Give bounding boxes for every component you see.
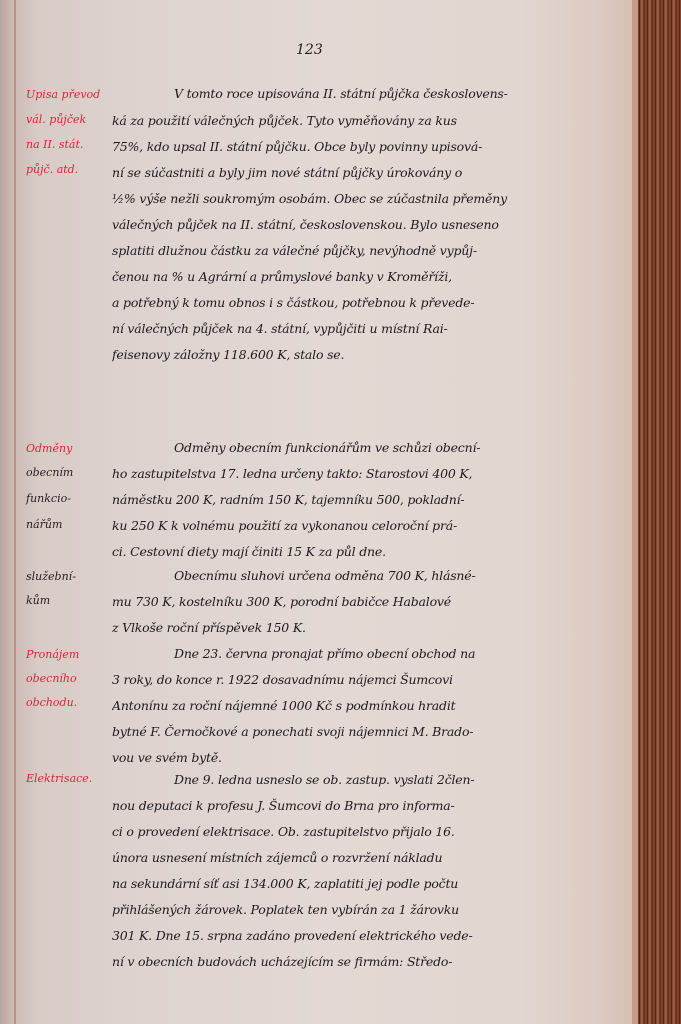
margin-note-rewards-title: Odměny — [26, 442, 116, 455]
margin-note-servants-1: služební- — [26, 570, 116, 583]
text-line: feisenovy záložny 118.600 K, stalo se. — [112, 347, 627, 362]
text-line: ní válečných půjček na 4. státní, vypůjč… — [112, 321, 627, 336]
text-line: ci o provedení elektrisace. Ob. zastupit… — [112, 824, 627, 839]
text-line: V tomto roce upisována II. státní půjčka… — [112, 86, 681, 101]
text-line: bytné F. Černočkové a ponechati svoji ná… — [112, 724, 627, 739]
text-line: ku 250 K k volnému použití za vykonanou … — [112, 518, 627, 533]
ledger-page: 123 Upisa převod vál. půjček na II. stát… — [0, 0, 632, 1024]
text-line: válečných půjček na II. státní, českoslo… — [112, 217, 627, 232]
text-line: ci. Cestovní diety mají činiti 15 K za p… — [112, 544, 627, 559]
margin-note-loan-3: na II. stát. — [26, 138, 116, 151]
text-line: Odměny obecním funkcionářům ve schůzi ob… — [112, 440, 681, 455]
text-line: Dne 9. ledna usneslo se ob. zastup. vysl… — [112, 772, 681, 787]
margin-note-loan-1: Upisa převod — [26, 88, 116, 101]
margin-note-lease-3: obchodu. — [26, 696, 116, 709]
text-line: 75%, kdo upsal II. státní půjčku. Obce b… — [112, 139, 627, 154]
text-line: mu 730 K, kostelníku 300 K, porodní babi… — [112, 594, 627, 609]
margin-note-servants-2: kům — [26, 594, 116, 607]
text-line: splatiti dlužnou částku za válečné půjčk… — [112, 243, 627, 258]
text-line: nou deputaci k profesu J. Šumcovi do Brn… — [112, 798, 627, 813]
text-line: ½% výše nežli soukromým osobám. Obec se … — [112, 191, 627, 206]
margin-note-rewards-2: funkcio- — [26, 492, 116, 505]
text-line: Dne 23. června pronajat přímo obecní obc… — [112, 646, 681, 661]
margin-note-lease-2: obecního — [26, 672, 116, 685]
text-line: vou ve svém bytě. — [112, 750, 627, 765]
margin-note-rewards-1: obecním — [26, 466, 116, 479]
text-line: náměstku 200 K, radním 150 K, tajemníku … — [112, 492, 627, 507]
margin-note-loan-4: půjč. atd. — [26, 163, 116, 176]
margin-note-loan-2: vál. půjček — [26, 113, 116, 126]
book-page-edges — [632, 0, 681, 1024]
text-line: čenou na % u Agrární a průmyslové banky … — [112, 269, 627, 284]
text-line: a potřebný k tomu obnos i s částkou, pot… — [112, 295, 627, 310]
text-line: Obecnímu sluhovi určena odměna 700 K, hl… — [112, 568, 681, 583]
text-line: 301 K. Dne 15. srpna zadáno provedení el… — [112, 928, 627, 943]
text-line: na sekundární síť asi 134.000 K, zaplati… — [112, 876, 627, 891]
margin-note-lease-1: Pronájem — [26, 648, 116, 661]
text-line: z Vlkoše roční příspěvek 150 K. — [112, 620, 627, 635]
text-line: ní se súčastniti a byly jim nové státní … — [112, 165, 627, 180]
margin-note-rewards-3: nářům — [26, 518, 116, 531]
text-line: přihlášených žárovek. Poplatek ten vybír… — [112, 902, 627, 917]
text-line: ho zastupitelstva 17. ledna určeny takto… — [112, 466, 627, 481]
text-line: února usnesení místních zájemců o rozvrž… — [112, 850, 627, 865]
text-line: ní v obecních budovách ucházejícím se fi… — [112, 954, 627, 969]
margin-note-electrification: Elektrisace. — [26, 772, 116, 785]
text-line: 3 roky, do konce r. 1922 dosavadnímu náj… — [112, 672, 627, 687]
text-line: Antonínu za roční nájemné 1000 Kč s podm… — [112, 698, 627, 713]
page-number: 123 — [296, 42, 323, 58]
text-line: ká za použití válečných půjček. Tyto vym… — [112, 113, 627, 128]
